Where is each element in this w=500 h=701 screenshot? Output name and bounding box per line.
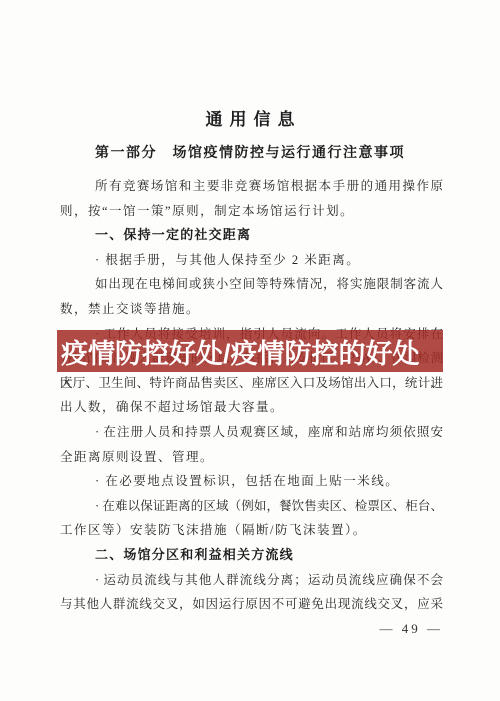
document-page: 通用信息 第一部分 场馆疫情防控与运行通行注意事项 所有竞赛场馆和主要非竞赛场馆… <box>0 0 500 701</box>
doc-line: 全距离原则设置、管理。 <box>60 445 443 470</box>
doc-line: 则，按“一馆一策”原则，制定本场馆运行计划。 <box>60 199 443 224</box>
watermark-text: 疫情防控好处/疫情防控的好处 <box>61 332 420 371</box>
page-number: — 49 — <box>60 617 443 641</box>
doc-line: 工作区等）安装防飞沫措施（隔断/防飞沫装置）。 <box>60 518 443 543</box>
doc-line: · 运动员流线与其他人群流线分离；运动员流线应确保不会 <box>60 568 443 593</box>
doc-line: 大厅、卫生间、特许商品售卖区、座席区入口及场馆出入口，统计进 <box>60 371 443 396</box>
doc-line: 所有竞赛场馆和主要非竞赛场馆根据本手册的通用操作原 <box>60 174 443 199</box>
doc-line: · 在注册人员和持票人员观赛区域，座席和站席均须依照安 <box>60 420 443 445</box>
doc-line: 与其他人群流线交叉，如因运行原因不可避免出现流线交叉，应采 <box>60 592 443 617</box>
watermark-banner: 疫情防控好处/疫情防控的好处 <box>57 330 443 372</box>
doc-line: · 在难以保证距离的区域（例如，餐饮售卖区、检票区、柜台、 <box>60 494 443 519</box>
doc-line: · 根据手册，与其他人保持至少 2 米距离。 <box>60 248 443 273</box>
body-text: 所有竞赛场馆和主要非竞赛场馆根据本手册的通用操作原 则，按“一馆一策”原则，制定… <box>60 174 443 641</box>
doc-subheading: 二、场馆分区和利益相关方流线 <box>60 543 443 568</box>
doc-line: 如出现在电梯间或狭小空间等特殊情况，将实施限制客流人 <box>60 272 443 297</box>
page-title: 通用信息 <box>0 0 500 129</box>
doc-line: 数，禁止交谈等措施。 <box>60 297 443 322</box>
section-heading: 第一部分 场馆疫情防控与运行通行注意事项 <box>0 129 500 161</box>
doc-line: 出人数，确保不超过场馆最大容量。 <box>60 395 443 420</box>
doc-line: · 在必要地点设置标识，包括在地面上贴一米线。 <box>60 469 443 494</box>
doc-subheading: 一、保持一定的社交距离 <box>60 223 443 248</box>
